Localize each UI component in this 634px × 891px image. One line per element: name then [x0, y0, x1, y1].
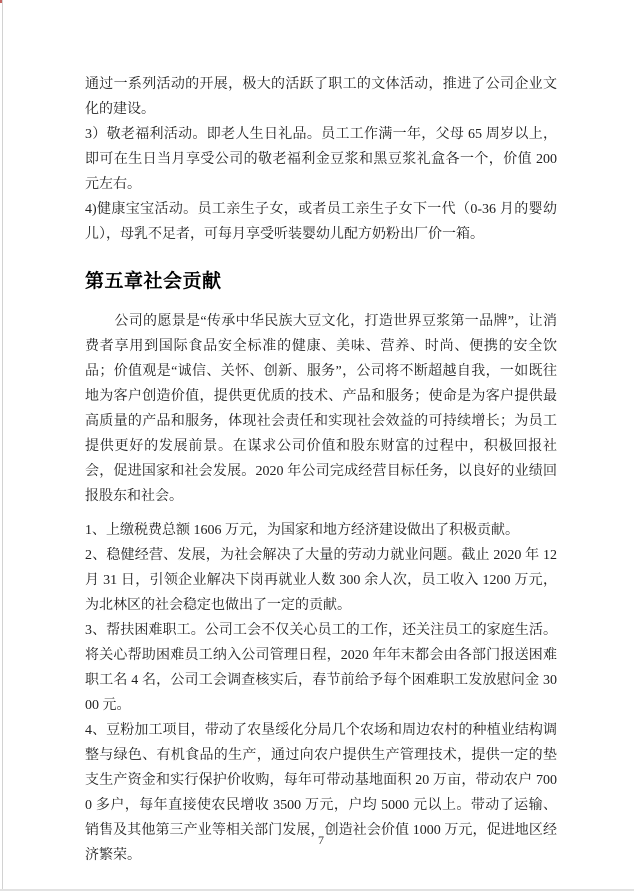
- chapter-heading: 第五章社会贡献: [85, 269, 557, 295]
- body-paragraph-elder-welfare: 3）敬老福利活动。即老人生日礼品。员工工作满一年，父母 65 周岁以上，即可在生…: [85, 122, 557, 197]
- body-paragraph-healthy-baby: 4)健康宝宝活动。员工亲生子女，或者员工亲生子女下一代（0-36 月的婴幼儿），…: [85, 197, 557, 247]
- body-paragraph-vision: 公司的愿景是“传承中华民族大豆文化，打造世界豆浆第一品牌”，让消费者享用到国际食…: [85, 309, 557, 509]
- document-page: 通过一系列活动的开展，极大的活跃了职工的文体活动，推进了公司企业文化的建设。 3…: [0, 0, 634, 891]
- body-paragraph-item-1-taxes: 1、上缴税费总额 1606 万元，为国家和地方经济建设做出了积极贡献。: [85, 518, 557, 543]
- page-content: 通过一系列活动的开展，极大的活跃了职工的文体活动，推进了公司企业文化的建设。 3…: [85, 72, 557, 868]
- page-number: 7: [318, 833, 324, 847]
- body-paragraph-item-3-aid: 3、帮扶困难职工。公司工会不仅关心员工的工作，还关注员工的家庭生活。将关心帮助困…: [85, 618, 557, 718]
- body-paragraph-item-2-employment: 2、稳健经营、发展，为社会解决了大量的劳动力就业问题。截止 2020 年 12 …: [85, 543, 557, 618]
- page-left-edge-line: [2, 0, 3, 891]
- body-paragraph-culture: 通过一系列活动的开展，极大的活跃了职工的文体活动，推进了公司企业文化的建设。: [85, 72, 557, 122]
- page-footer: 7: [85, 833, 557, 847]
